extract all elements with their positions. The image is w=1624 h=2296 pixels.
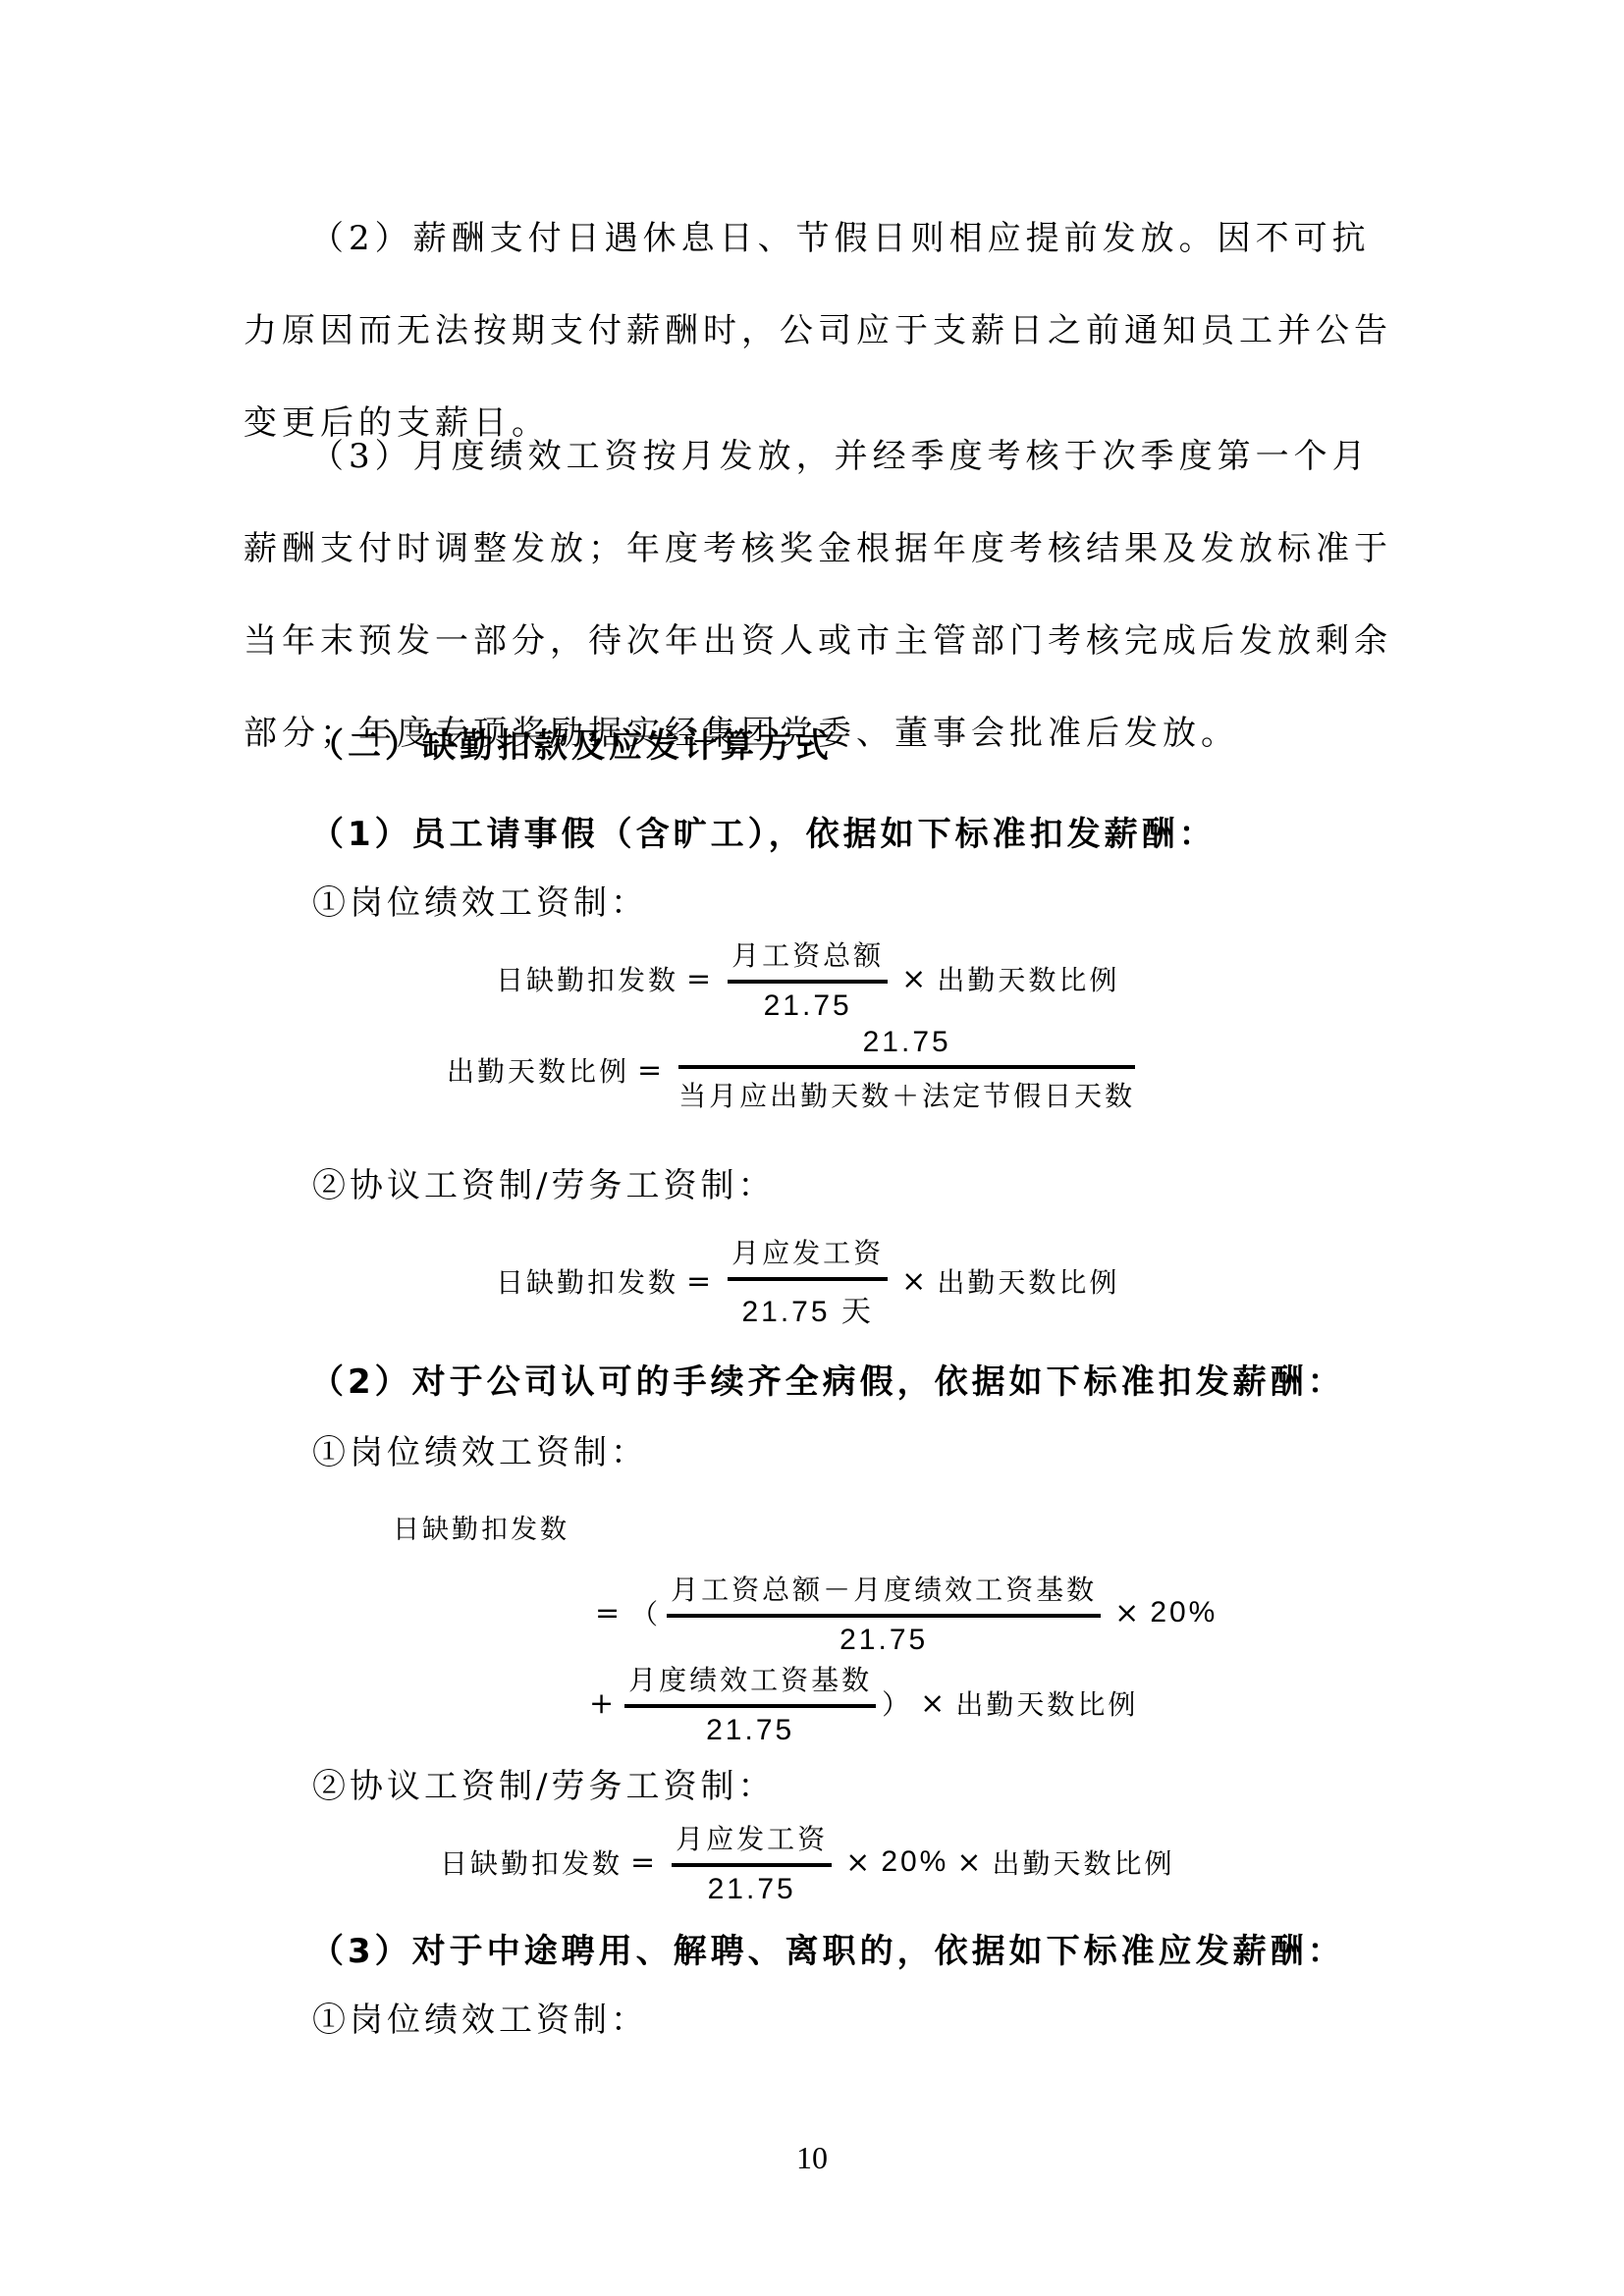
formula-lhs-standalone: 日缺勤扣发数 <box>393 1508 569 1546</box>
item-heading-sick-leave: （2）对于公司认可的手续齐全病假，依据如下标准扣发薪酬： <box>310 1355 1345 1403</box>
times-sign: × <box>901 1264 929 1299</box>
formula-attendance-ratio: 出勤天数比例 = 21.75 当月应出勤天数＋法定节假日天数 <box>447 1026 1141 1114</box>
numerator: 月应发工资 <box>728 1232 888 1277</box>
fraction: 月工资总额 21.75 <box>728 934 888 1023</box>
numerator: 月工资总额 <box>728 934 888 980</box>
formula-sick-leave-line2: + 月度绩效工资基数 21.75 ） × 出勤天数比例 <box>587 1659 1138 1747</box>
fraction: 21.75 当月应出勤天数＋法定节假日天数 <box>678 1026 1135 1114</box>
formula-lhs: 日缺勤扣发数 <box>440 1842 623 1882</box>
page-number: 10 <box>0 2140 1624 2176</box>
times-sign: × <box>956 1845 984 1880</box>
times-sign: × <box>901 962 929 996</box>
fraction: 月度绩效工资基数 21.75 <box>624 1659 876 1747</box>
text-line: （3）月度绩效工资按月发放，并经季度考核于次季度第一个月 <box>244 410 1394 503</box>
formula-rhs: 出勤天数比例 <box>937 1261 1119 1301</box>
denominator: 当月应出勤天数＋法定节假日天数 <box>678 1069 1135 1114</box>
item-heading-personal-leave: （1）员工请事假（含旷工），依据如下标准扣发薪酬： <box>310 807 1217 855</box>
equals-sign: = <box>686 1264 714 1299</box>
formula-daily-deduction-1: 日缺勤扣发数 = 月工资总额 21.75 × 出勤天数比例 <box>496 934 1119 1023</box>
formula-rhs: 出勤天数比例 <box>937 959 1119 998</box>
times-sign: × <box>1114 1596 1142 1630</box>
denominator: 21.75 <box>764 984 852 1023</box>
percentage: 20% <box>1150 1596 1218 1629</box>
formula-sick-leave-agreement: 日缺勤扣发数 = 月应发工资 21.75 × 20% × 出勤天数比例 <box>440 1818 1175 1906</box>
plus-sign: + <box>589 1686 617 1721</box>
equals-sign: = <box>595 1596 623 1630</box>
formula-lhs: 日缺勤扣发数 <box>496 1261 678 1301</box>
formula-sick-leave-line1: = （ 月工资总额－月度绩效工资基数 21.75 × 20% <box>587 1569 1218 1657</box>
subitem-label-position-performance: ①岗位绩效工资制： <box>312 1993 648 2041</box>
equals-sign: = <box>637 1053 665 1088</box>
text-line: 薪酬支付时调整发放；年度考核奖金根据年度考核结果及发放标准于 <box>244 503 1394 595</box>
percentage: 20% <box>881 1845 948 1879</box>
subitem-label-position-performance: ①岗位绩效工资制： <box>312 1425 648 1473</box>
equals-sign: = <box>686 962 714 996</box>
subitem-label-position-performance: ①岗位绩效工资制： <box>312 876 648 924</box>
formula-lhs: 日缺勤扣发数 <box>496 959 678 998</box>
text-line: 当年末预发一部分，待次年出资人或市主管部门考核完成后发放剩余 <box>244 595 1394 687</box>
numerator: 月应发工资 <box>672 1818 832 1863</box>
item-heading-mid-term-hire: （3）对于中途聘用、解聘、离职的，依据如下标准应发薪酬： <box>310 1924 1345 1972</box>
denominator: 21.75 <box>706 1708 794 1747</box>
fraction: 月应发工资 21.75 天 <box>728 1232 888 1330</box>
times-sign: × <box>845 1845 873 1880</box>
fraction: 月应发工资 21.75 <box>672 1818 832 1906</box>
fraction: 月工资总额－月度绩效工资基数 21.75 <box>667 1569 1101 1657</box>
open-paren: （ <box>630 1593 661 1632</box>
denominator: 21.75 <box>708 1867 796 1906</box>
document-page: （2）薪酬支付日遇休息日、节假日则相应提前发放。因不可抗 力原因而无法按期支付薪… <box>0 0 1624 2296</box>
formula-lhs: 日缺勤扣发数 <box>393 1508 569 1546</box>
text-line: 力原因而无法按期支付薪酬时，公司应于支薪日之前通知员工并公告 <box>244 285 1394 377</box>
subitem-label-agreement-wage: ②协议工资制/劳务工资制： <box>312 1759 775 1807</box>
section-heading: （二）缺勤扣款及应发计算方式 <box>310 719 833 767</box>
text-line: （2）薪酬支付日遇休息日、节假日则相应提前发放。因不可抗 <box>244 192 1394 285</box>
formula-daily-deduction-2: 日缺勤扣发数 = 月应发工资 21.75 天 × 出勤天数比例 <box>496 1232 1119 1330</box>
denominator: 21.75 <box>839 1618 928 1657</box>
formula-rhs: 出勤天数比例 <box>955 1683 1138 1723</box>
formula-lhs: 出勤天数比例 <box>447 1050 629 1090</box>
numerator: 21.75 <box>859 1026 955 1065</box>
close-paren: ） <box>882 1683 912 1723</box>
formula-rhs: 出勤天数比例 <box>993 1842 1175 1882</box>
denominator: 21.75 天 <box>741 1281 873 1330</box>
times-sign: × <box>920 1686 947 1721</box>
numerator: 月度绩效工资基数 <box>624 1659 876 1704</box>
equals-sign: = <box>630 1845 658 1880</box>
subitem-label-agreement-wage: ②协议工资制/劳务工资制： <box>312 1158 775 1206</box>
numerator: 月工资总额－月度绩效工资基数 <box>667 1569 1101 1614</box>
